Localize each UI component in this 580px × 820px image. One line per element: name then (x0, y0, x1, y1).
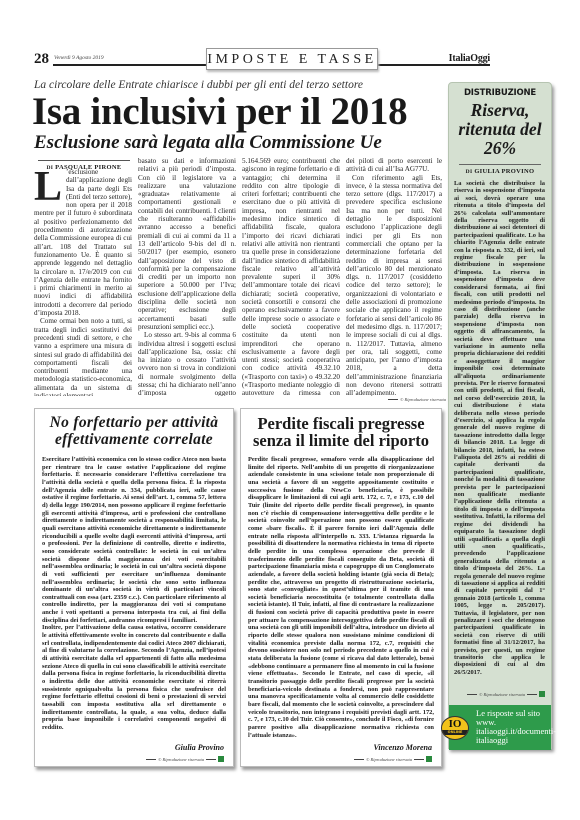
rule-line (206, 759, 216, 760)
sidebar-title: Riserva, ritenuta del 26% (449, 101, 551, 158)
rule-line (467, 694, 477, 695)
byline-name: Giulia Provino (474, 168, 534, 175)
copyright-text: © Riproduzione riservata (479, 692, 525, 697)
news-box-forfettario: No forfettario per attività effettivamen… (34, 408, 234, 767)
copyright-text: © Riproduzione riservata (400, 397, 446, 402)
end-square-icon (539, 691, 545, 697)
article-column-3: 5.164.569 euro; contribuenti che agiscon… (242, 157, 340, 396)
article-column-2: basato su dati e informazioni relativi a… (138, 157, 236, 396)
io-online-badge-icon: IO ONLINE (441, 716, 469, 740)
newspaper-page: 28 Venerdì 9 Agosto 2019 IMPOSTE E TASSE… (0, 0, 580, 820)
box-paragraph: Inoltre, per l’attivazione della causa o… (42, 624, 226, 731)
article-paragraph: dei piloti di porto esercenti le attivit… (346, 157, 442, 174)
online-promo[interactable]: IO ONLINE Le risposte sul sito www. ital… (449, 705, 551, 750)
article-paragraph: basato su dati e informazioni relativi a… (138, 157, 236, 331)
sidebar-body: La società che distribuisce la riserva i… (454, 180, 545, 676)
section-tag: IMPOSTE E TASSE (206, 48, 378, 70)
sidebar-label: DISTRIBUZIONE (449, 88, 551, 98)
rule-line (146, 759, 156, 760)
badge-io-text: IO (442, 718, 468, 730)
article-headline: Isa inclusivi per il 2018 (32, 92, 407, 132)
news-box-perdite: Perdite fiscali pregresse senza il limit… (240, 408, 442, 767)
rule-line (527, 694, 537, 695)
box-author: Giulia Provino (175, 743, 224, 752)
copyright-text: © Riproduzione riservata (158, 757, 204, 762)
promo-link-text[interactable]: Le risposte sul sito www. italiaoggi.it/… (476, 708, 556, 745)
box-title: Perdite fiscali pregresse senza il limit… (241, 415, 441, 449)
sidebar-distribuzione: DISTRIBUZIONE Riserva, ritenuta del 26% … (448, 82, 552, 749)
masthead-logo: ItaliaOggi (445, 53, 490, 64)
article-paragraph: 5.164.569 euro; contribuenti che agiscon… (242, 157, 340, 396)
copyright-notice: © Riproduzione riservata (467, 691, 545, 697)
copyright-notice: © Riproduzione riservata (146, 756, 224, 762)
copyright-notice: © Riproduzione riservata (354, 756, 432, 762)
box-paragraph: Perdite fiscali pregresse, semaforo verd… (248, 456, 434, 739)
byline-prefix: di (466, 169, 473, 175)
drop-cap: L (34, 170, 62, 204)
box-title: No forfettario per attività effettivamen… (35, 415, 233, 448)
badge-online-text: ONLINE (442, 730, 468, 735)
article-paragraph: Come ormai ben noto a tutti, si tratta d… (34, 317, 132, 396)
rule-line (414, 759, 424, 760)
article-paragraph: Con riferimento agli Ets, invece, è la s… (346, 174, 442, 396)
article-paragraph: L’esclusione dall’applicazione degli Isa… (34, 168, 132, 317)
rule-line (354, 759, 364, 760)
end-square-icon (218, 756, 224, 762)
end-square-icon (426, 756, 432, 762)
article-subhead: Esclusione sarà legata alla Commissione … (34, 133, 382, 153)
box-paragraph: Esercitare l’attività economica con lo s… (42, 456, 226, 624)
article-column-1: L’esclusione dall’applicazione degli Isa… (34, 168, 132, 396)
copyright-text: © Riproduzione riservata (366, 757, 412, 762)
page-number: 28 (34, 51, 53, 68)
article-paragraph: Lo stesso art. 9-bis al comma 6 individu… (138, 331, 236, 396)
box-body: Esercitare l’attività economica con lo s… (42, 456, 226, 732)
sidebar-byline: di Giulia Provino (459, 164, 541, 175)
box-author: Vincenzo Morena (374, 743, 432, 752)
article-column-4: dei piloti di porto esercenti le attivit… (346, 157, 442, 396)
page-date: Venerdì 9 Agosto 2019 (54, 55, 108, 61)
rule-line (388, 399, 398, 400)
box-body: Perdite fiscali pregresse, semaforo verd… (248, 456, 434, 739)
page-header: 28 Venerdì 9 Agosto 2019 IMPOSTE E TASSE… (34, 48, 490, 72)
